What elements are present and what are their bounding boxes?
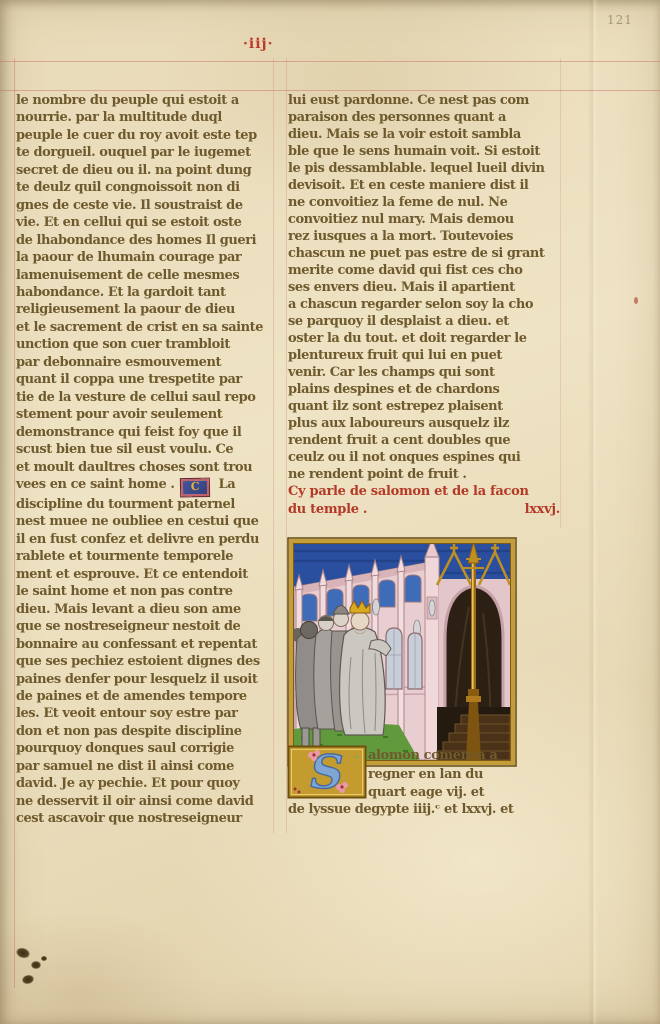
manuscript-page: 121 ·iij· le nombre du peuple qui estoit… — [0, 0, 660, 1024]
text-line: dieu. Mais levant a dieu son ame — [16, 601, 278, 619]
text-line: ne desservit il oir ainsi come david — [16, 792, 278, 810]
text-line: te deulz quil congnoissoit non di — [16, 179, 278, 197]
text-line: pourquoy donques saul corrigie — [16, 740, 278, 758]
text-line: il en fust confez et delivre en perdu — [16, 531, 278, 549]
text-line: les. Et veoit entour soy estre par — [16, 705, 278, 723]
text-line: ne rendent point de fruit . — [288, 466, 560, 483]
text-line: tie de la vesture de cellui saul repo — [16, 389, 278, 407]
text-line: le saint home et non pas contre — [16, 583, 278, 601]
text-line: convoitiez nul mary. Mais demou — [288, 211, 560, 228]
text-line: chascun ne puet pas estre de si grant — [288, 245, 560, 262]
rubric-text: du temple . — [288, 502, 367, 517]
text-line: cest ascavoir que nostreseigneur — [16, 810, 278, 828]
text-line: lui eust pardonne. Ce nest pas com — [288, 92, 560, 109]
text-line: par debonnaire esmouvement — [16, 354, 278, 372]
parchment-crease — [588, 0, 598, 1024]
text-line: se parquoy il desplaist a dieu. et — [288, 313, 560, 330]
text-line: ble que le sens humain voit. Si estoit — [288, 143, 560, 160]
text-line: stement pour avoir seulement — [16, 406, 278, 424]
ruling-line-vertical — [560, 58, 561, 528]
right-text-column: lui eust pardonne. Ce nest pas comparais… — [288, 92, 560, 483]
text-line: la paour de lhumain courage par — [16, 249, 278, 267]
text-line: plains despines et de chardons — [288, 381, 560, 398]
rubric-line: du temple . lxxvj. — [288, 502, 586, 517]
text-line: merite come david qui fist ces cho — [288, 262, 560, 279]
text-line: de lyssue degypte iiij.ᶜ et lxxvj. et — [288, 802, 568, 817]
text-line: devisoit. Et en ceste maniere dist il — [288, 177, 560, 194]
text-line: de lhabondance des homes Il gueri — [16, 231, 278, 249]
text-line: rendent fruit a cent doubles que — [288, 432, 560, 449]
text-line: et le sacrement de crist en sa sainte — [16, 319, 278, 337]
text-line: discipline du tourment paternel — [16, 496, 278, 514]
text-line: quant ilz sont estrepez plaisent — [288, 398, 560, 415]
text-line: oster la du tout. et doit regarder le — [288, 330, 560, 347]
text-line: nest muee ne oubliee en cestui que — [16, 513, 278, 531]
text-line: plus aux laboureurs ausquelz ilz — [288, 415, 560, 432]
text-line: et moult daultres choses sont trou — [16, 458, 278, 476]
text-line: que se nostreseigneur nestoit de — [16, 618, 278, 636]
text-line: ses envers dieu. Mais il apartient — [288, 279, 560, 296]
text-line: unction que son cuer trambloit — [16, 336, 278, 354]
ruling-line-horizontal — [0, 61, 660, 62]
text-line: rez iusques a la mort. Toutevoies — [288, 228, 560, 245]
text-line: que ses pechiez estoient dignes des — [16, 653, 278, 671]
quire-mark: ·iij· — [243, 36, 273, 52]
text-line: scust bien tue sil eust voulu. Ce — [16, 441, 278, 459]
left-text-column: le nombre du peuple qui estoit anourrie.… — [16, 92, 278, 828]
ruling-line-vertical — [14, 58, 15, 988]
text-line: dieu. Mais se la voir estoit sambla — [288, 126, 560, 143]
text-line: quart eage vij. et — [368, 784, 558, 803]
rubric-line: Cy parle de salomon et de la facon — [288, 484, 560, 499]
text-line: bonnaire au confessant et repentat — [16, 635, 278, 653]
text-line: de paines et de amendes tempore — [16, 688, 278, 706]
buttress-pinnacle — [425, 539, 439, 760]
initial-paragraph-lines: alomon comenca aregner en lan duquart ea… — [368, 747, 558, 803]
ink-stain — [21, 974, 35, 985]
text-line: paines denfer pour lesquelz il usoit — [16, 670, 278, 688]
text-line: regner en lan du — [368, 765, 558, 784]
text-line: vees en ce saint home .C La — [16, 476, 278, 496]
text-line: ment et esprouve. Et ce entendoit — [16, 566, 278, 584]
text-line: ceulz ou il not onques espines qui — [288, 449, 560, 466]
text-line: venir. Car les champs qui sont — [288, 364, 560, 381]
text-line: rablete et tourmente temporele — [16, 548, 278, 566]
folio-number: 121 — [607, 13, 633, 27]
text-line: ne convoitiez la feme de nul. Ne — [288, 194, 560, 211]
text-line: a chascun regarder selon soy la cho — [288, 296, 560, 313]
chapter-number: lxxvj. — [525, 502, 560, 517]
text-line: vie. Et en cellui qui se estoit oste — [16, 214, 278, 232]
initial-s-graphic: S — [287, 745, 367, 799]
text-line: lamenuisement de celle mesmes — [16, 266, 278, 284]
temple-miniature — [287, 537, 517, 767]
text-line: plentureux fruit qui lui en puet — [288, 347, 560, 364]
red-margin-mark — [634, 297, 638, 304]
text-line: le pis dessamblable. lequel lueil divin — [288, 160, 560, 177]
paragraph-mark-initial: C — [181, 479, 209, 497]
text-line: peuple le cuer du roy avoit este tep — [16, 127, 278, 145]
text-line: te dorgueil. ouquel par le iugemet — [16, 144, 278, 162]
text-line: quant il coppa une trespetite par — [16, 371, 278, 389]
text-line: david. Je ay pechie. Et pour quoy — [16, 775, 278, 793]
ink-stain — [15, 946, 31, 960]
text-line: habondance. Et la gardoit tant — [16, 284, 278, 302]
ink-stain — [41, 956, 47, 961]
ink-stain — [31, 961, 41, 969]
text-line: le nombre du peuple qui estoit a — [16, 92, 278, 110]
solomon-temple-painting — [287, 537, 517, 767]
text-line: secret de dieu ou il. na point dung — [16, 162, 278, 180]
text-line: par samuel ne dist il ainsi come — [16, 758, 278, 776]
text-line: religieusement la paour de dieu — [16, 301, 278, 319]
text-line: alomon comenca a — [368, 747, 558, 766]
text-line: demonstrance qui feist foy que il — [16, 423, 278, 441]
text-line: don et non pas despite discipline — [16, 723, 278, 741]
illuminated-initial-s: S — [287, 745, 367, 799]
text-line: gnes de ceste vie. Il soustraist de — [16, 197, 278, 215]
text-line: paraison des personnes quant a — [288, 109, 560, 126]
text-line: nourrie. par la multitude duql — [16, 109, 278, 127]
